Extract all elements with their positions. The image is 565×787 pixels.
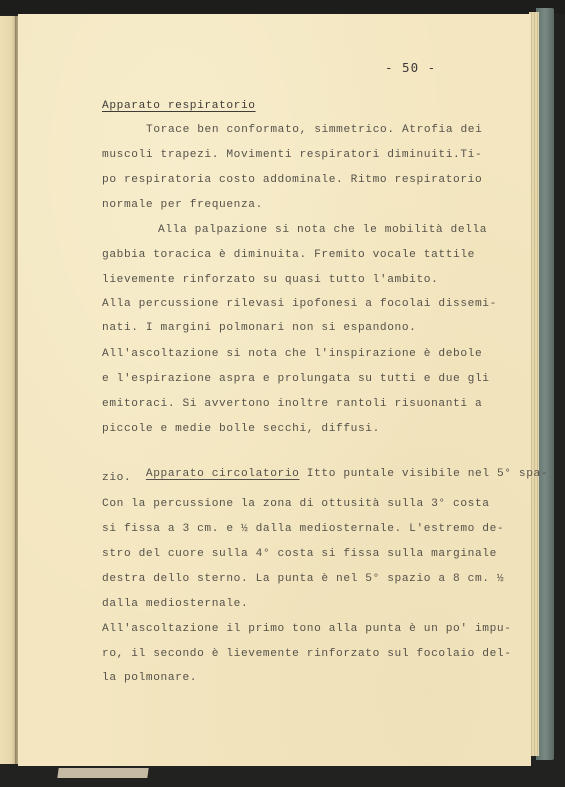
text-line: stro del cuore sulla 4° costa si fissa s… bbox=[102, 544, 497, 564]
text-line: gabbia toracica è diminuita. Fremito voc… bbox=[102, 245, 475, 265]
text-line: la polmonare. bbox=[102, 668, 197, 688]
section-heading-respiratorio: Apparato respiratorio bbox=[102, 96, 256, 116]
text-span: Itto puntale visibile nel 5° spa- bbox=[299, 468, 548, 480]
text-line: Con la percussione la zona di ottusità s… bbox=[102, 494, 490, 514]
text-line: destra dello sterno. La punta è nel 5° s… bbox=[102, 569, 504, 589]
text-line: All'ascoltazione il primo tono alla punt… bbox=[102, 619, 512, 639]
text-line: ro, il secondo è lievemente rinforzato s… bbox=[102, 644, 512, 664]
text-line: normale per frequenza. bbox=[102, 195, 263, 215]
text-line: emitoraci. Si avvertono inoltre rantoli … bbox=[102, 394, 482, 414]
text-line-circolatorio: Apparato circolatorio Itto puntale visib… bbox=[102, 444, 548, 464]
text-line: piccole e medie bolle secchi, diffusi. bbox=[102, 419, 380, 439]
text-line: Alla percussione rilevasi ipofonesi a fo… bbox=[102, 294, 497, 314]
text-line: zio. bbox=[102, 468, 131, 488]
text-line: dalla mediosternale. bbox=[102, 594, 248, 614]
section-heading-circolatorio: Apparato circolatorio bbox=[146, 468, 300, 480]
paper-scrap bbox=[57, 768, 148, 778]
text-line: nati. I margini polmonari non si espando… bbox=[102, 318, 416, 338]
text-line: All'ascoltazione si nota che l'inspirazi… bbox=[102, 344, 482, 364]
page-number: - 50 - bbox=[385, 60, 436, 75]
text-line: Torace ben conformato, simmetrico. Atrof… bbox=[146, 120, 482, 140]
text-line: e l'espirazione aspra e prolungata su tu… bbox=[102, 369, 490, 389]
text-line: muscoli trapezi. Movimenti respiratori d… bbox=[102, 145, 482, 165]
text-line: po respiratoria costo addominale. Ritmo … bbox=[102, 170, 482, 190]
scan-background-top bbox=[0, 0, 565, 14]
scanned-book-page: - 50 - Apparato respiratorio Torace ben … bbox=[0, 0, 565, 787]
text-line: Alla palpazione si nota che le mobilità … bbox=[158, 220, 487, 240]
text-line: si fissa a 3 cm. e ½ dalla mediosternale… bbox=[102, 519, 504, 539]
text-line: lievemente rinforzato su quasi tutto l'a… bbox=[102, 270, 438, 290]
